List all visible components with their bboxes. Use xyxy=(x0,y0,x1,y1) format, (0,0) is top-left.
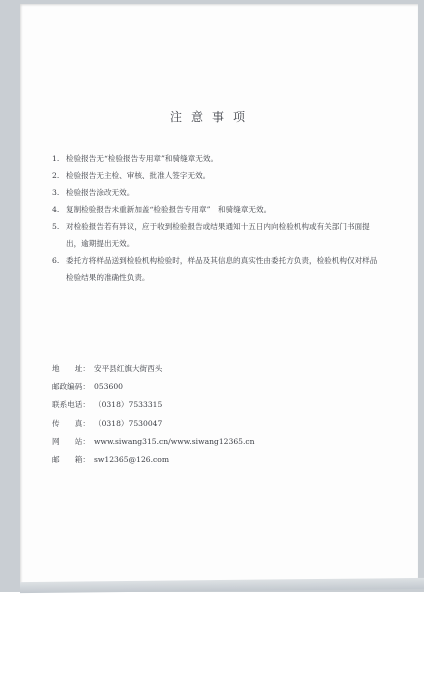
contact-label: 邮政编码： xyxy=(52,378,94,396)
contact-value: www.siwang315.cn/www.siwang12365.cn xyxy=(94,433,255,451)
note-number: 5. xyxy=(52,218,66,252)
note-number: 6. xyxy=(52,252,66,286)
page-title: 注意事项 xyxy=(0,108,424,125)
contact-info: 地 址： 安平县红旗大街西头 邮政编码： 053600 联系电话： （0318）… xyxy=(52,360,255,469)
note-text: 检验报告无主检、审核、批准人签字无效。 xyxy=(66,167,382,184)
notes-list: 1. 检验报告无“检验报告专用章”和骑缝章无效。 2. 检验报告无主检、审核、批… xyxy=(52,150,382,286)
note-item: 1. 检验报告无“检验报告专用章”和骑缝章无效。 xyxy=(52,150,382,167)
contact-value: 053600 xyxy=(94,378,123,396)
note-number: 3. xyxy=(52,184,66,201)
note-text: 复制检验报告未重新加盖“检验报告专用章” 和骑缝章无效。 xyxy=(66,201,382,218)
contact-label: 联系电话： xyxy=(52,396,94,414)
contact-fax: 传 真： （0318）7530047 xyxy=(52,415,255,433)
contact-postcode: 邮政编码： 053600 xyxy=(52,378,255,396)
note-number: 2. xyxy=(52,167,66,184)
note-text: 委托方将样品送到检验机构检验时，样品及其信息的真实性由委托方负责，检验机构仅对样… xyxy=(66,252,382,286)
contact-label: 传 真： xyxy=(52,415,94,433)
note-text: 对检验报告若有异议，应于收到检验报告或结果通知十五日内向检验机构或有关部门书面提… xyxy=(66,218,382,252)
note-item: 5. 对检验报告若有异议，应于收到检验报告或结果通知十五日内向检验机构或有关部门… xyxy=(52,218,382,252)
contact-value: （0318）7530047 xyxy=(94,415,162,433)
contact-value: （0318）7533315 xyxy=(94,396,162,414)
contact-label: 地 址： xyxy=(52,360,94,378)
note-number: 1. xyxy=(52,150,66,167)
note-number: 4. xyxy=(52,201,66,218)
contact-value: sw12365@126.com xyxy=(94,451,169,469)
note-item: 6. 委托方将样品送到检验机构检验时，样品及其信息的真实性由委托方负责，检验机构… xyxy=(52,252,382,286)
note-text: 检验报告涂改无效。 xyxy=(66,184,382,201)
contact-address: 地 址： 安平县红旗大街西头 xyxy=(52,360,255,378)
note-item: 3. 检验报告涂改无效。 xyxy=(52,184,382,201)
note-text: 检验报告无“检验报告专用章”和骑缝章无效。 xyxy=(66,150,382,167)
contact-label: 邮 箱： xyxy=(52,451,94,469)
contact-website: 网 站： www.siwang315.cn/www.siwang12365.cn xyxy=(52,433,255,451)
document-page xyxy=(20,4,418,584)
note-item: 2. 检验报告无主检、审核、批准人签字无效。 xyxy=(52,167,382,184)
contact-phone: 联系电话： （0318）7533315 xyxy=(52,396,255,414)
contact-value: 安平县红旗大街西头 xyxy=(94,360,162,378)
contact-label: 网 站： xyxy=(52,433,94,451)
contact-email: 邮 箱： sw12365@126.com xyxy=(52,451,255,469)
note-item: 4. 复制检验报告未重新加盖“检验报告专用章” 和骑缝章无效。 xyxy=(52,201,382,218)
